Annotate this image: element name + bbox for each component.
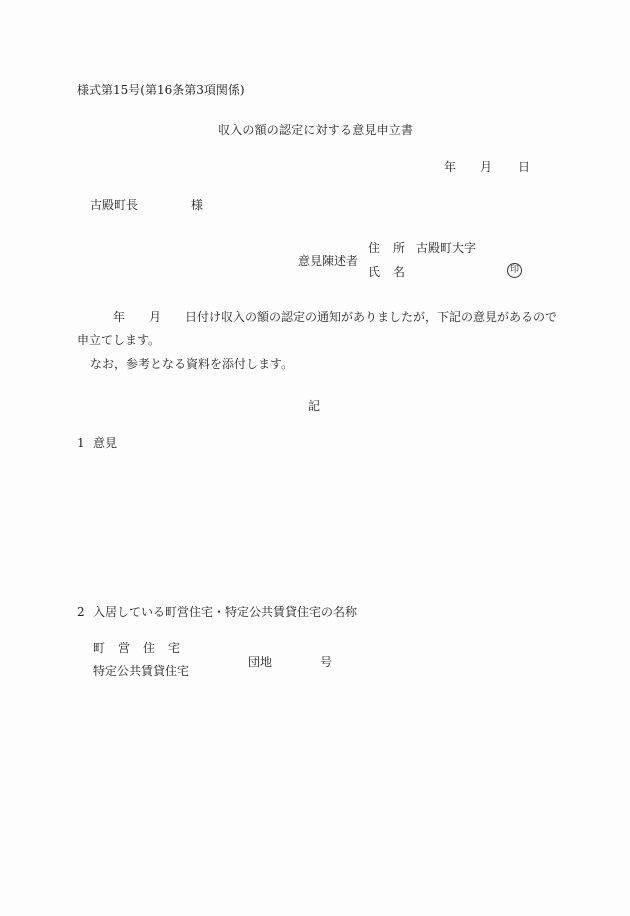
ki-heading: 記 xyxy=(308,400,320,412)
addressee-honorific: 様 xyxy=(191,198,203,212)
date-month-label: 月 xyxy=(480,161,518,173)
name-label: 氏名 xyxy=(368,266,405,278)
section-2-heading: 2入居している町営住宅・特定公共賃貸住宅の名称 xyxy=(77,606,357,618)
addressee-name: 古殿町長 xyxy=(90,198,138,212)
seal-icon: 印 xyxy=(507,263,522,278)
addressee: 古殿町長様 xyxy=(90,199,203,211)
housing-type-special: 特定公共賃貸住宅 xyxy=(93,665,189,677)
date-year-label: 年 xyxy=(444,161,480,173)
para1-year: 年 xyxy=(113,310,125,324)
address-label-char1: 住 xyxy=(368,241,380,255)
form-number: 様式第15号(第16条第3項関係) xyxy=(77,84,245,96)
date-day-label: 日 xyxy=(518,161,530,173)
address-label-char2: 所 xyxy=(393,241,405,255)
para1-text: 日付け収入の額の認定の通知がありましたが，下記の意見があるので xyxy=(185,310,557,324)
housing-type-town: 町営住宅 xyxy=(93,642,193,654)
danchi-label: 団地 xyxy=(248,656,272,668)
presenter-label: 意見陳述者 xyxy=(298,255,358,267)
section-2-number: 2 xyxy=(77,606,93,618)
address-label: 住所 xyxy=(368,242,405,254)
body-paragraph-1-continued: 申立てします。 xyxy=(77,334,160,346)
section-1-number: 1 xyxy=(77,437,93,449)
section-1-heading: 1意見 xyxy=(77,437,117,449)
seal-glyph: 印 xyxy=(510,266,519,275)
section-1-title: 意見 xyxy=(93,436,117,450)
date-line: 年月日 xyxy=(444,161,530,173)
body-paragraph-2: なお，参考となる資料を添付します。 xyxy=(90,358,293,370)
name-label-char1: 氏 xyxy=(368,265,380,279)
go-label: 号 xyxy=(320,656,332,668)
body-paragraph-1: 年月日付け収入の額の認定の通知がありましたが，下記の意見があるので xyxy=(113,311,557,323)
document-title: 収入の額の認定に対する意見申立書 xyxy=(218,124,413,136)
para1-month: 月 xyxy=(149,310,161,324)
address-value: 古殿町大字 xyxy=(416,242,476,254)
name-label-char2: 名 xyxy=(393,265,405,279)
section-2-title: 入居している町営住宅・特定公共賃貸住宅の名称 xyxy=(93,605,357,619)
